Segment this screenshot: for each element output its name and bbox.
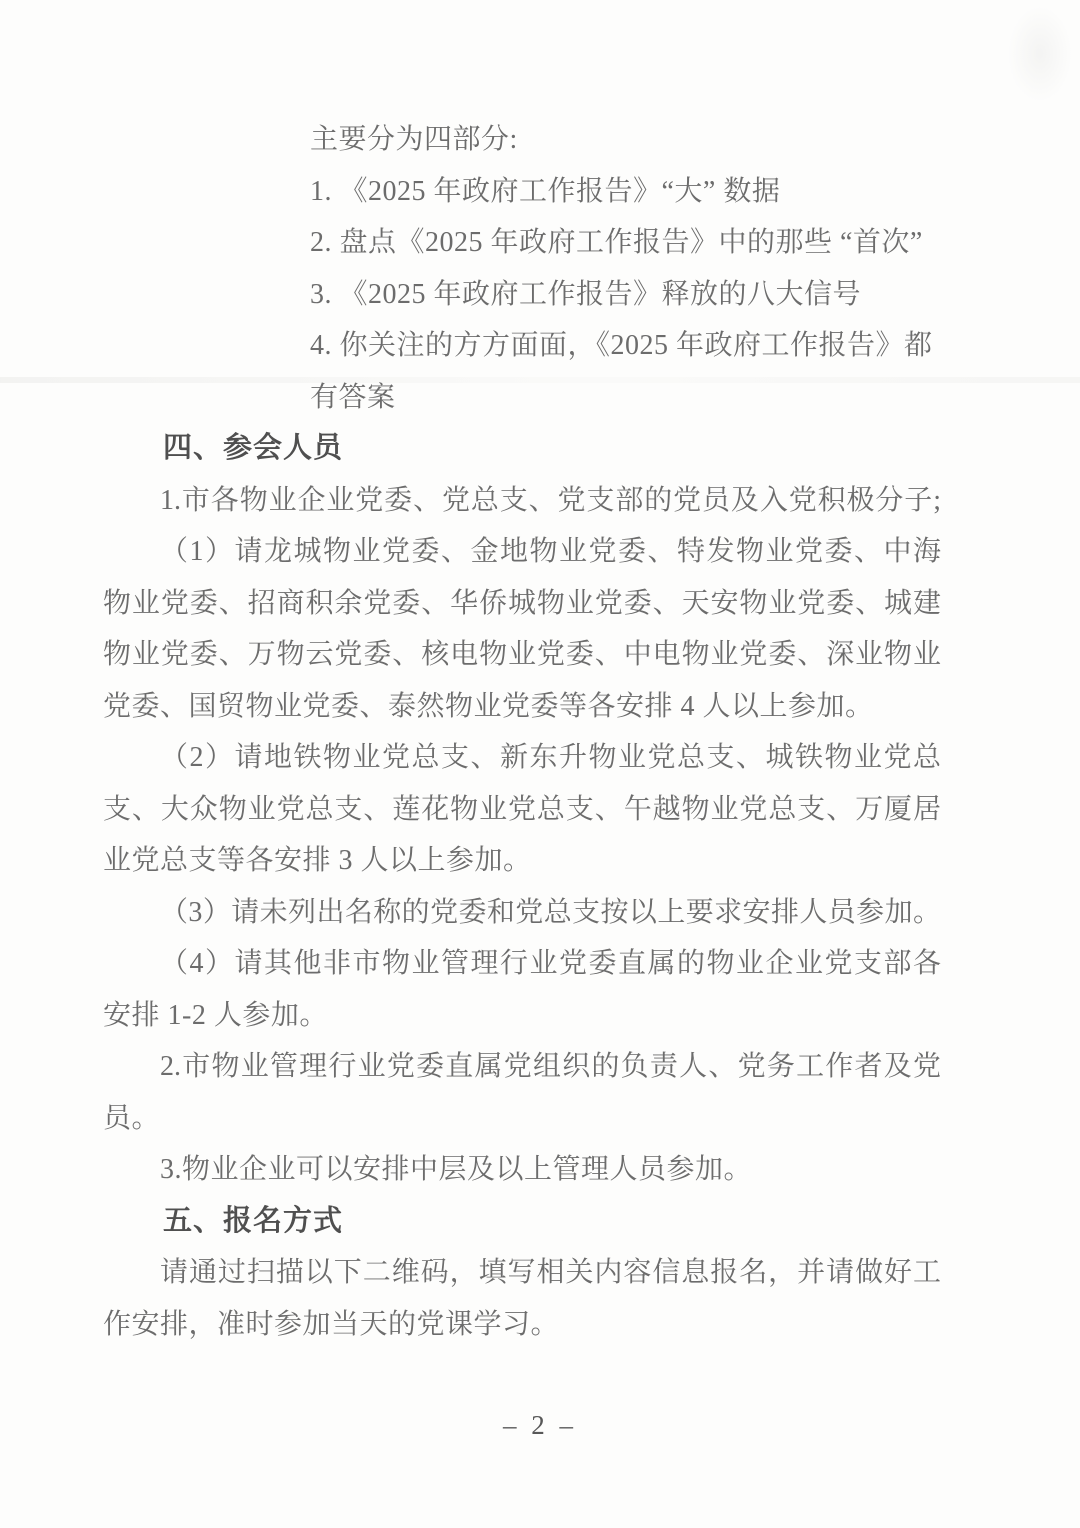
attendees-sub3-line: （3）请未列出名称的党委和党总支按以上要求安排人员参加。 (103, 887, 941, 939)
attendees-item2-line: 2.市物业管理行业党委直属党组织的负责人、党务工作者及党 (103, 1041, 941, 1093)
attendees-sub1-line: 物业党委、万物云党委、核电物业党委、中电物业党委、深业物业 (103, 629, 941, 681)
intro-line: 2. 盘点《2025 年政府工作报告》中的那些 “首次” (310, 217, 958, 269)
document-page: 主要分为四部分: 1. 《2025 年政府工作报告》“大” 数据 2. 盘点《2… (0, 0, 1080, 1528)
main-text-block: 四、参会人员 1.市各物业企业党委、党总支、党支部的党员及入党积极分子; （1）… (103, 423, 941, 1350)
attendees-sub2-line: （2）请地铁物业党总支、新东升物业党总支、城铁物业党总 (103, 732, 941, 784)
registration-line: 请通过扫描以下二维码，填写相关内容信息报名，并请做好工 (103, 1247, 941, 1299)
intro-line: 3. 《2025 年政府工作报告》释放的八大信号 (310, 269, 958, 321)
section-heading-attendees: 四、参会人员 (103, 423, 941, 475)
intro-line: 主要分为四部分: (310, 114, 958, 166)
attendees-sub4-line: （4）请其他非市物业管理行业党委直属的物业企业党支部各 (103, 938, 941, 990)
section-heading-registration: 五、报名方式 (103, 1196, 941, 1248)
scan-smudge (1008, 6, 1072, 102)
intro-line: 1. 《2025 年政府工作报告》“大” 数据 (310, 166, 958, 218)
intro-line: 有答案 (310, 372, 958, 424)
attendees-item3-line: 3.物业企业可以安排中层及以上管理人员参加。 (103, 1144, 941, 1196)
attendees-item1-line: 1.市各物业企业党委、党总支、党支部的党员及入党积极分子; (103, 475, 941, 527)
attendees-sub1-line: （1）请龙城物业党委、金地物业党委、特发物业党委、中海 (103, 526, 941, 578)
intro-block: 主要分为四部分: 1. 《2025 年政府工作报告》“大” 数据 2. 盘点《2… (310, 114, 958, 423)
attendees-sub4-line: 安排 1-2 人参加。 (103, 990, 941, 1042)
attendees-sub2-line: 业党总支等各安排 3 人以上参加。 (103, 835, 941, 887)
page-number: – 2 – (0, 1400, 1080, 1452)
registration-line: 作安排，准时参加当天的党课学习。 (103, 1299, 941, 1351)
attendees-sub2-line: 支、大众物业党总支、莲花物业党总支、午越物业党总支、万厦居 (103, 784, 941, 836)
attendees-sub1-line: 党委、国贸物业党委、泰然物业党委等各安排 4 人以上参加。 (103, 681, 941, 733)
attendees-item2-line: 员。 (103, 1093, 941, 1145)
intro-line: 4. 你关注的方方面面，《2025 年政府工作报告》都 (310, 320, 958, 372)
attendees-sub1-line: 物业党委、招商积余党委、华侨城物业党委、天安物业党委、城建 (103, 578, 941, 630)
